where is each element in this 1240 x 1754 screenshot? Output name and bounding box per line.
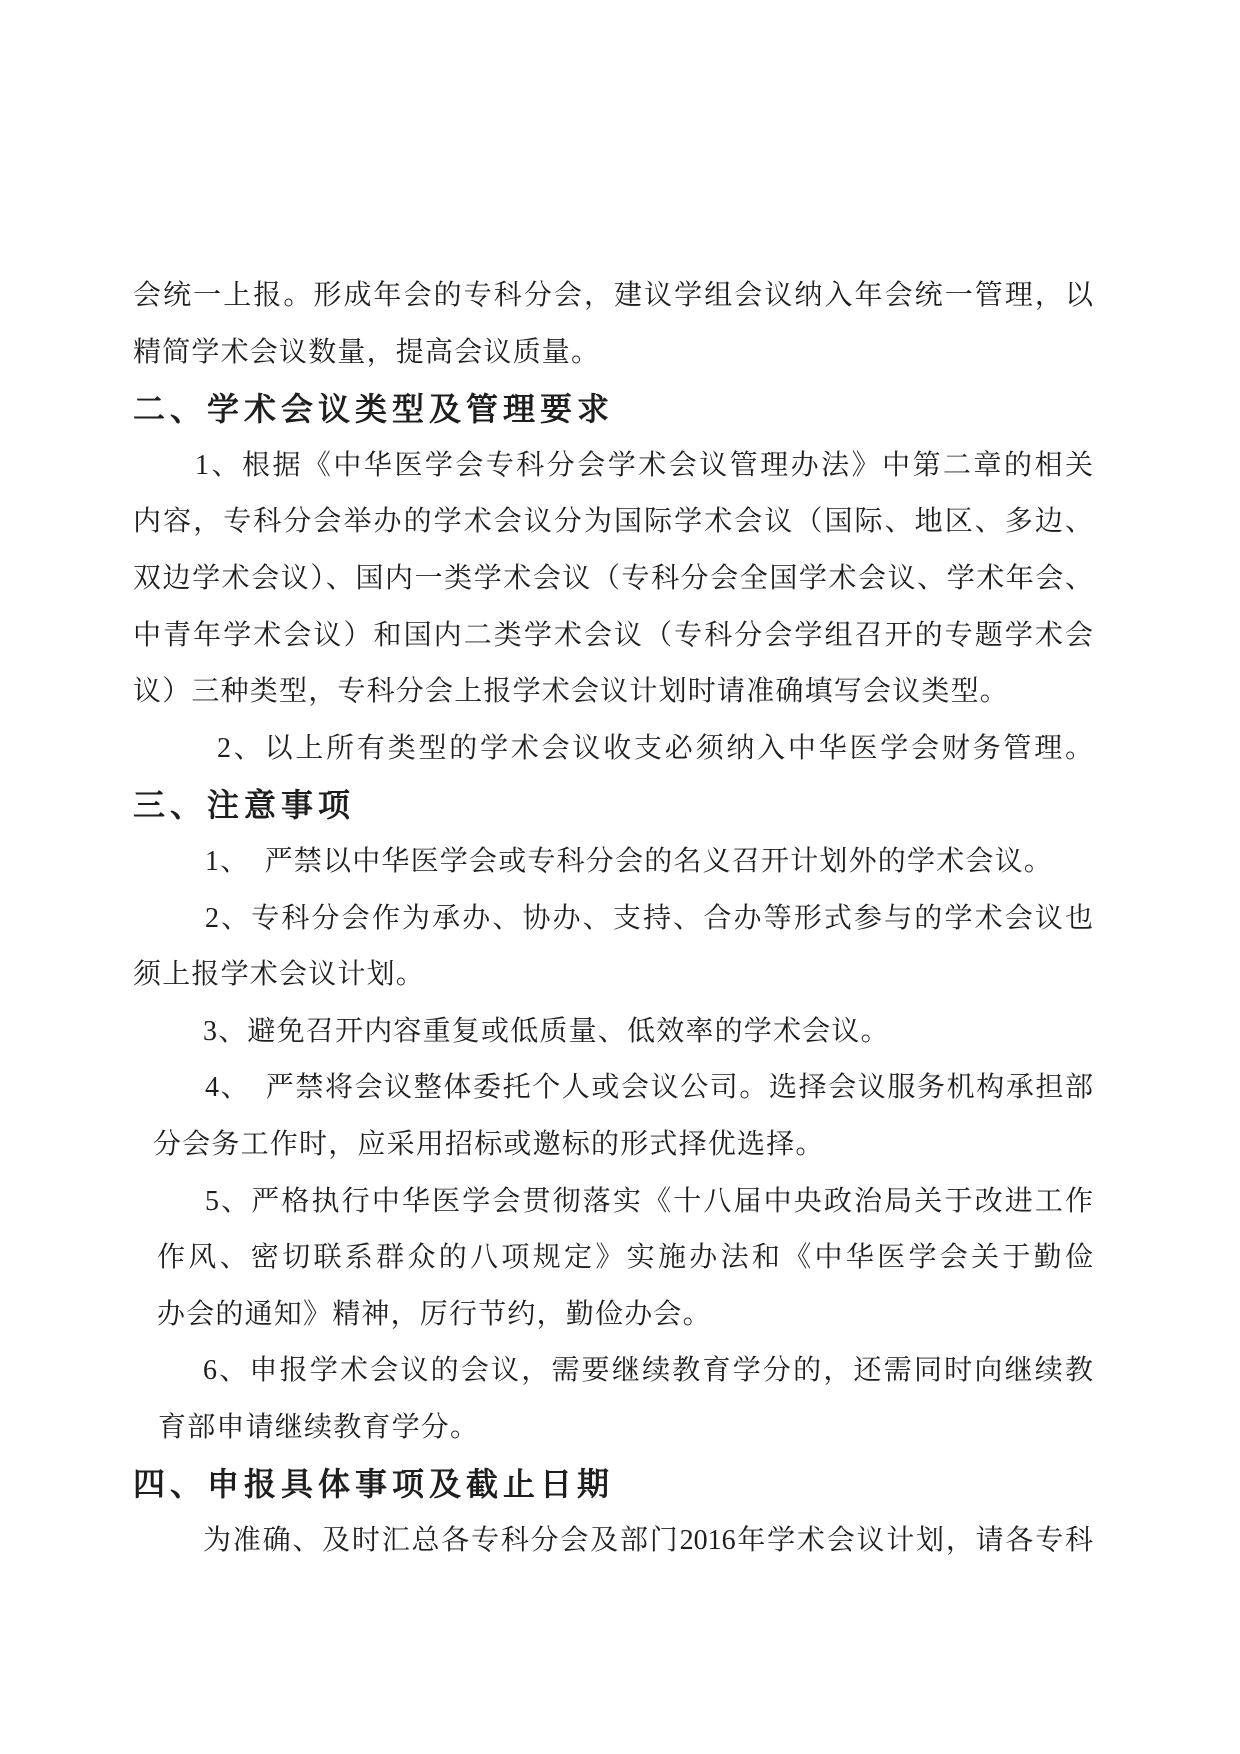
body-line: 双边学术会议）、国内一类学术会议（专科分会全国学术会议、学术年会、 (133, 551, 1093, 608)
body-line: 分会务工作时，应采用招标或邀标的形式择优选择。 (133, 1117, 1093, 1174)
body-line: 育部申请继续教育学分。 (133, 1400, 1093, 1457)
body-line-note-2: 2、专科分会作为承办、协办、支持、合办等形式参与的学术会议也 (133, 891, 1093, 948)
body-line: 议）三种类型，专科分会上报学术会议计划时请准确填写会议类型。 (133, 664, 1093, 721)
body-line-note-6: 6、申报学术会议的会议，需要继续教育学分的，还需同时向继续教 (133, 1343, 1093, 1400)
document-content: 会统一上报。形成年会的专科分会，建议学组会议纳入年会统一管理，以 精简学术会议数… (133, 268, 1093, 1570)
body-line: 须上报学术会议计划。 (133, 947, 1093, 1004)
body-line: 内容，专科分会举办的学术会议分为国际学术会议（国际、地区、多边、 (133, 494, 1093, 551)
body-line-note-5: 5、严格执行中华医学会贯彻落实《十八届中央政治局关于改进工作 (133, 1174, 1093, 1231)
body-line-item-2: 2、以上所有类型的学术会议收支必须纳入中华医学会财务管理。 (133, 721, 1093, 778)
document-page: 会统一上报。形成年会的专科分会，建议学组会议纳入年会统一管理，以 精简学术会议数… (0, 0, 1240, 1754)
body-line-note-1: 1、 严禁以中华医学会或专科分会的名义召开计划外的学术会议。 (133, 834, 1093, 891)
body-line: 为准确、及时汇总各专科分会及部门2016年学术会议计划，请各专科 (133, 1513, 1093, 1570)
section-heading-4: 四、申报具体事项及截止日期 (133, 1456, 1093, 1513)
body-line-item-1: 1、根据《中华医学会专科分会学术会议管理办法》中第二章的相关 (133, 438, 1093, 495)
body-line: 中青年学术会议）和国内二类学术会议（专科分会学组召开的专题学术会 (133, 608, 1093, 665)
body-line-note-3: 3、避免召开内容重复或低质量、低效率的学术会议。 (133, 1004, 1093, 1061)
body-line: 办会的通知》精神，厉行节约，勤俭办会。 (133, 1287, 1093, 1344)
section-heading-3: 三、注意事项 (133, 777, 1093, 834)
body-line: 会统一上报。形成年会的专科分会，建议学组会议纳入年会统一管理，以 (133, 268, 1093, 325)
body-line: 作风、密切联系群众的八项规定》实施办法和《中华医学会关于勤俭 (133, 1230, 1093, 1287)
body-line-note-4: 4、 严禁将会议整体委托个人或会议公司。选择会议服务机构承担部 (133, 1060, 1093, 1117)
section-heading-2: 二、学术会议类型及管理要求 (133, 381, 1093, 438)
body-line: 精简学术会议数量，提高会议质量。 (133, 325, 1093, 382)
